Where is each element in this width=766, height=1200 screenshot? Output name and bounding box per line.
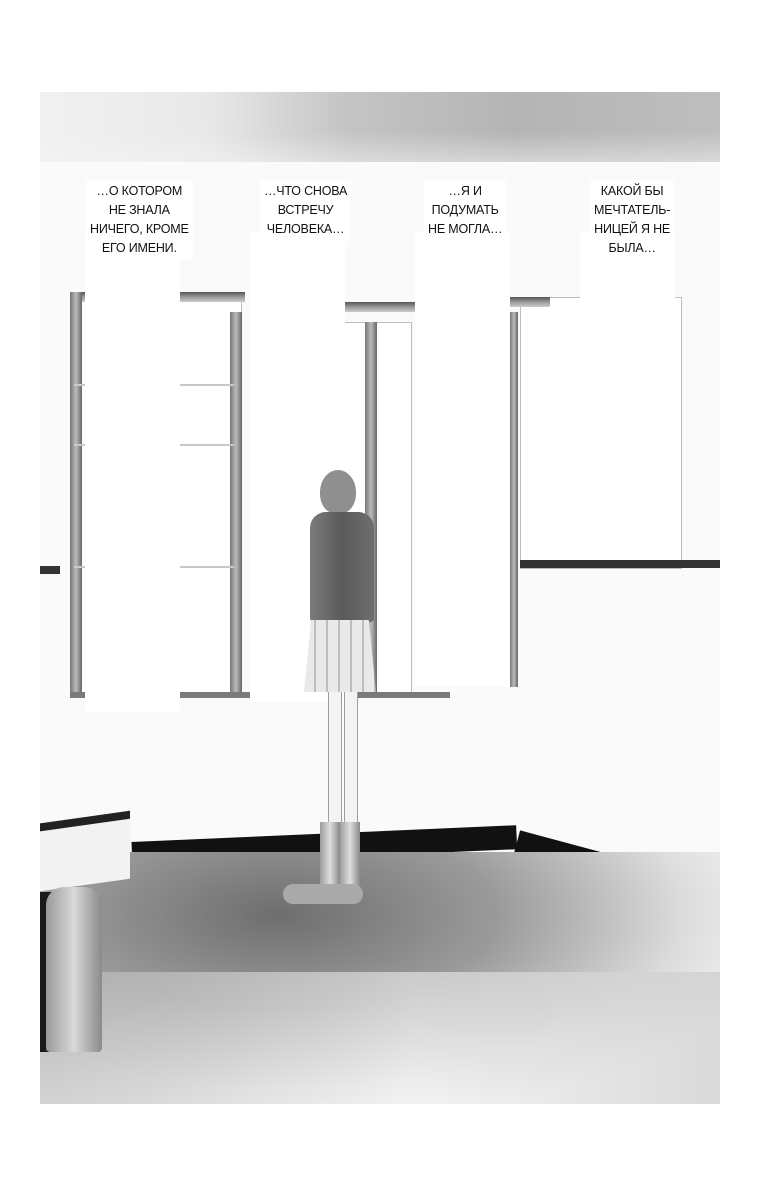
- caption-2: …ЧТО СНОВА ВСТРЕЧУ ЧЕЛОВЕКА…: [260, 180, 351, 241]
- girl-torso: [310, 512, 374, 622]
- caption-line: ПОДУМАТЬ: [428, 201, 502, 220]
- caption-line: НЕ МОГЛА…: [428, 220, 502, 239]
- caption-line: НИЧЕГО, КРОМЕ: [90, 220, 189, 239]
- window-frame: [510, 312, 518, 687]
- caption-line: НЕ ЗНАЛА: [90, 201, 189, 220]
- floor-texture: [40, 972, 720, 1104]
- manga-panel: …О КОТОРОМ НЕ ЗНАЛА НИЧЕГО, КРОМЕ ЕГО ИМ…: [40, 92, 720, 1104]
- window-frame: [70, 292, 82, 692]
- girl-head: [320, 470, 356, 514]
- caption-4: КАКОЙ БЫ МЕЧТАТЕЛЬ- НИЦЕЙ Я НЕ БЫЛА…: [590, 180, 674, 260]
- caption-line: НИЦЕЙ Я НЕ: [594, 220, 670, 239]
- caption-line: …О КОТОРОМ: [90, 182, 189, 201]
- caption-3: …Я И ПОДУМАТЬ НЕ МОГЛА…: [424, 180, 506, 241]
- girl-leg: [344, 692, 358, 827]
- caption-1: …О КОТОРОМ НЕ ЗНАЛА НИЧЕГО, КРОМЕ ЕГО ИМ…: [86, 180, 193, 260]
- caption-line: МЕЧТАТЕЛЬ-: [594, 201, 670, 220]
- caption-line: …ЧТО СНОВА: [264, 182, 347, 201]
- girl-boot: [340, 822, 360, 892]
- bench-leg: [46, 887, 102, 1052]
- caption-line: ЕГО ИМЕНИ.: [90, 239, 189, 258]
- window-header: [510, 297, 550, 307]
- column: [85, 232, 180, 712]
- girl-leg: [328, 692, 342, 827]
- caption-line: …Я И: [428, 182, 502, 201]
- wall-stripe: [520, 560, 720, 568]
- column: [415, 232, 510, 687]
- window-header: [345, 302, 415, 312]
- column: [580, 232, 675, 557]
- girl-skirt: [304, 620, 376, 692]
- caption-line: БЫЛА…: [594, 239, 670, 258]
- girl-boot-sole: [283, 884, 363, 904]
- window-frame: [230, 312, 242, 697]
- wall-stripe: [40, 566, 60, 574]
- caption-line: КАКОЙ БЫ: [594, 182, 670, 201]
- caption-line: ВСТРЕЧУ: [264, 201, 347, 220]
- bench-top: [40, 811, 130, 892]
- girl-boot: [320, 822, 340, 892]
- caption-line: ЧЕЛОВЕКА…: [264, 220, 347, 239]
